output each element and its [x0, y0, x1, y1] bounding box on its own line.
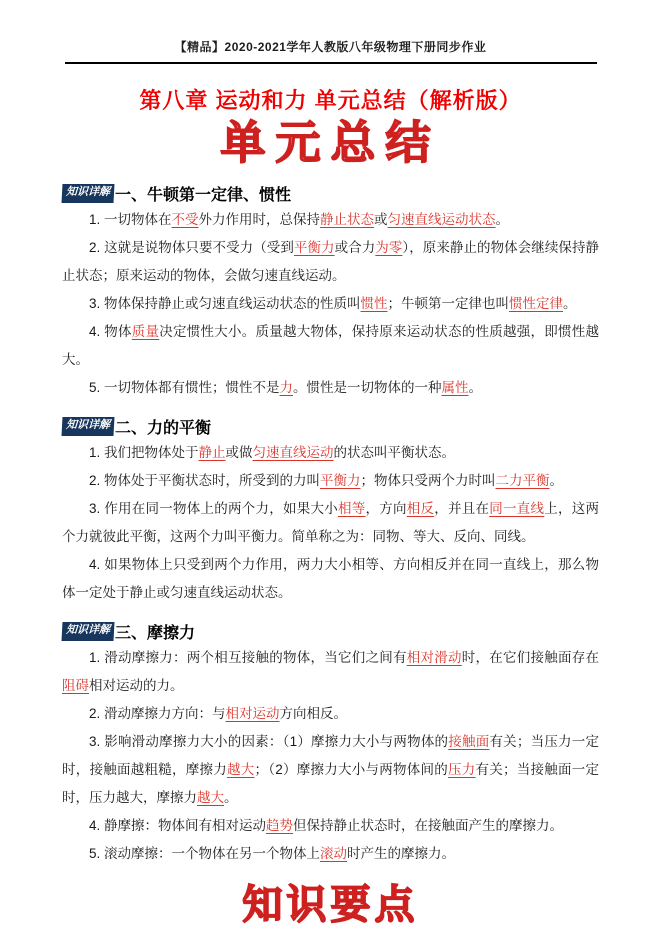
highlighted-term: 相等 — [338, 501, 366, 516]
section-heading-row-3: 知识详解三、摩擦力 — [62, 620, 599, 643]
highlighted-term: 阻碍 — [62, 678, 89, 693]
knowledge-item: 5. 一切物体都有惯性；惯性不是力。惯性是一切物体的一种属性。 — [62, 374, 599, 402]
knowledge-item: 3. 作用在同一物体上的两个力，如果大小相等，方向相反，并且在同一直线上，这两个… — [62, 495, 599, 551]
text-segment: 相对运动的力。 — [89, 678, 184, 693]
text-segment: 1. 一切物体在 — [89, 212, 172, 227]
highlighted-term: 趋势 — [266, 818, 293, 833]
knowledge-item: 1. 滑动摩擦力：两个相互接触的物体，当它们之间有相对滑动时，在它们接触面存在阻… — [62, 644, 599, 700]
highlighted-term: 力 — [280, 380, 294, 395]
text-segment: 。 — [469, 380, 483, 395]
knowledge-item: 2. 这就是说物体只要不受力（受到平衡力或合力为零），原来静止的物体会继续保持静… — [62, 234, 599, 290]
highlighted-term: 压力 — [448, 762, 476, 777]
text-segment: ；牛顿第一定律也叫 — [388, 296, 510, 311]
knowledge-item: 4. 如果物体上只受到两个力作用，两力大小相等、方向相反并在同一直线上，那么物体… — [62, 551, 599, 607]
text-segment: 1. 滑动摩擦力：两个相互接触的物体，当它们之间有 — [89, 650, 407, 665]
text-segment: 4. 静摩擦：物体间有相对运动 — [89, 818, 266, 833]
text-segment: 2. 滑动摩擦力方向：与 — [89, 706, 226, 721]
knowledge-points-banner: 知识要点 — [0, 880, 661, 930]
text-segment: 4. 物体 — [89, 324, 132, 339]
text-segment: 1. 我们把物体处于 — [89, 445, 199, 460]
highlighted-term: 同一直线 — [489, 501, 544, 516]
unit-summary-banner: 单元总结 — [0, 117, 661, 169]
text-segment: 时产生的摩擦力。 — [347, 846, 455, 861]
text-segment: ，并且在 — [434, 501, 489, 516]
knowledge-item: 5. 滚动摩擦：一个物体在另一个物体上滚动时产生的摩擦力。 — [62, 840, 599, 868]
doc-watermark: 【精品】2020-2021学年人教版八年级物理下册同步作业 — [0, 0, 661, 55]
text-segment: 3. 作用在同一物体上的两个力，如果大小 — [89, 501, 338, 516]
highlighted-term: 越大 — [197, 790, 224, 805]
section-title: 一、牛顿第一定律、惯性 — [115, 182, 291, 205]
page-title: 第八章 运动和力 单元总结（解析版） — [0, 84, 661, 115]
text-segment: 或 — [374, 212, 388, 227]
text-segment: 5. 滚动摩擦：一个物体在另一个物体上 — [89, 846, 320, 861]
section-heading-row-1: 知识详解一、牛顿第一定律、惯性 — [62, 182, 599, 205]
highlighted-term: 平衡力 — [320, 473, 361, 488]
text-segment: 或合力 — [335, 240, 376, 255]
section-title: 三、摩擦力 — [115, 620, 195, 643]
knowledge-detail-badge: 知识详解 — [62, 417, 115, 436]
text-segment: 时，在它们接触面存在 — [462, 650, 599, 665]
text-segment: 方向相反。 — [280, 706, 348, 721]
highlighted-term: 二力平衡 — [496, 473, 550, 488]
highlighted-term: 越大 — [227, 762, 255, 777]
knowledge-item: 3. 影响滑动摩擦力大小的因素：（1）摩擦力大小与两物体的接触面有关；当压力一定… — [62, 728, 599, 812]
text-segment: 5. 一切物体都有惯性；惯性不是 — [89, 380, 280, 395]
highlighted-term: 静止状态 — [320, 212, 374, 227]
text-segment: ，方向 — [366, 501, 407, 516]
highlighted-term: 匀速直线运动状态 — [388, 212, 496, 227]
knowledge-item: 1. 一切物体在不受外力作用时，总保持静止状态或匀速直线运动状态。 — [62, 206, 599, 234]
text-segment: 或做 — [226, 445, 253, 460]
knowledge-item: 1. 我们把物体处于静止或做匀速直线运动的状态叫平衡状态。 — [62, 439, 599, 467]
highlighted-term: 滚动 — [320, 846, 347, 861]
knowledge-detail-badge: 知识详解 — [62, 184, 115, 203]
knowledge-detail-badge: 知识详解 — [62, 622, 115, 641]
document-page: 【精品】2020-2021学年人教版八年级物理下册同步作业 第八章 运动和力 单… — [0, 0, 661, 935]
section-heading-row-2: 知识详解二、力的平衡 — [62, 415, 599, 438]
knowledge-item: 2. 滑动摩擦力方向：与相对运动方向相反。 — [62, 700, 599, 728]
text-segment: 的状态叫平衡状态。 — [334, 445, 456, 460]
text-segment: 2. 物体处于平衡状态时，所受到的力叫 — [89, 473, 320, 488]
highlighted-term: 匀速直线运动 — [253, 445, 334, 460]
highlighted-term: 为零 — [375, 240, 402, 255]
text-segment: ；（2）摩擦力大小与两物体间的 — [255, 762, 449, 777]
knowledge-item: 4. 静摩擦：物体间有相对运动趋势但保持静止状态时，在接触面产生的摩擦力。 — [62, 812, 599, 840]
text-segment: 。 — [550, 473, 564, 488]
text-segment: 。 — [496, 212, 510, 227]
knowledge-item: 2. 物体处于平衡状态时，所受到的力叫平衡力；物体只受两个力时叫二力平衡。 — [62, 467, 599, 495]
knowledge-item: 3. 物体保持静止或匀速直线运动状态的性质叫惯性；牛顿第一定律也叫惯性定律。 — [62, 290, 599, 318]
highlighted-term: 平衡力 — [294, 240, 335, 255]
highlighted-term: 惯性 — [361, 296, 388, 311]
text-segment: ；物体只受两个力时叫 — [361, 473, 496, 488]
highlighted-term: 惯性定律 — [509, 296, 563, 311]
text-segment: 2. 这就是说物体只要不受力（受到 — [89, 240, 294, 255]
section-title: 二、力的平衡 — [115, 415, 211, 438]
header-divider — [65, 62, 597, 64]
sections-container: 知识详解一、牛顿第一定律、惯性1. 一切物体在不受外力作用时，总保持静止状态或匀… — [0, 182, 661, 868]
text-segment: 但保持静止状态时，在接触面产生的摩擦力。 — [293, 818, 563, 833]
highlighted-term: 质量 — [132, 324, 160, 339]
text-segment: 。惯性是一切物体的一种 — [293, 380, 442, 395]
highlighted-term: 接触面 — [448, 734, 489, 749]
text-segment: 外力作用时，总保持 — [199, 212, 321, 227]
highlighted-term: 相对滑动 — [407, 650, 462, 665]
highlighted-term: 静止 — [199, 445, 226, 460]
text-segment: 4. 如果物体上只受到两个力作用，两力大小相等、方向相反并在同一直线上，那么物体… — [62, 557, 599, 600]
highlighted-term: 相反 — [407, 501, 435, 516]
text-segment: 。 — [563, 296, 577, 311]
knowledge-item: 4. 物体质量决定惯性大小。质量越大物体，保持原来运动状态的性质越强，即惯性越大… — [62, 318, 599, 374]
text-segment: 3. 影响滑动摩擦力大小的因素：（1）摩擦力大小与两物体的 — [89, 734, 448, 749]
highlighted-term: 属性 — [442, 380, 469, 395]
highlighted-term: 不受 — [172, 212, 199, 227]
text-segment: 。 — [224, 790, 238, 805]
highlighted-term: 相对运动 — [226, 706, 280, 721]
text-segment: 3. 物体保持静止或匀速直线运动状态的性质叫 — [89, 296, 361, 311]
